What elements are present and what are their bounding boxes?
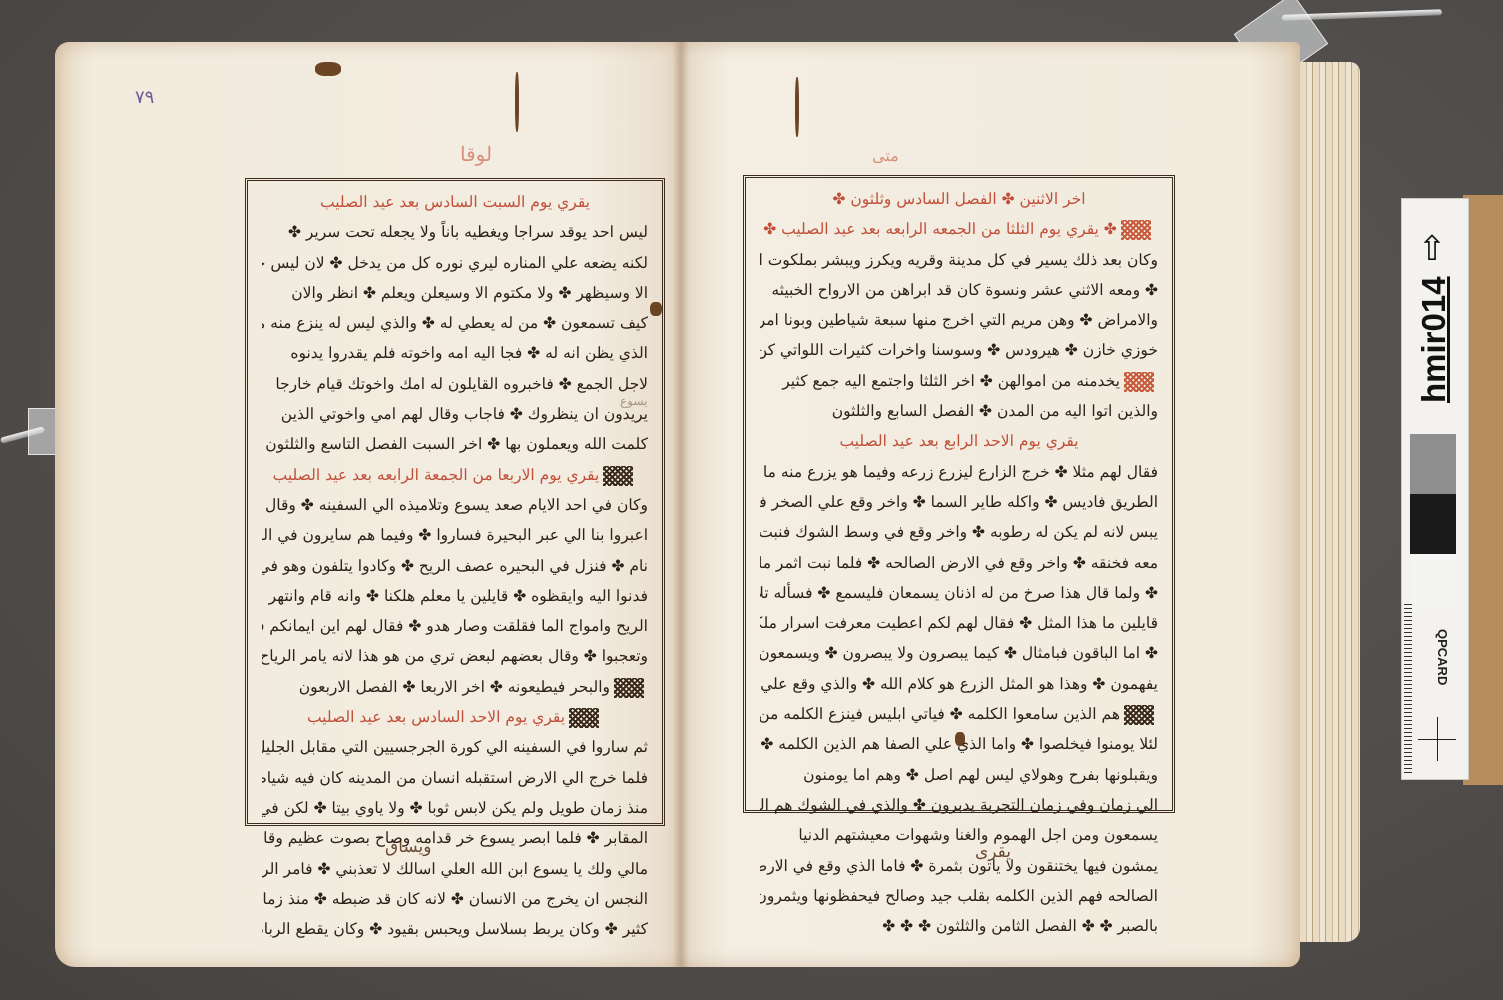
shelfmark-label: hmir014 bbox=[1412, 283, 1456, 403]
text-line: وكان في احد الايام صعد يسوع وتلاميذه الي… bbox=[262, 490, 648, 520]
text-line: النجس ان يخرج من الانسان ✤ لانه كان قد ض… bbox=[262, 884, 648, 914]
gutter-shadow bbox=[673, 42, 689, 967]
ornament-icon bbox=[1124, 372, 1154, 392]
text-line: يقري يوم السبت السادس بعد عيد الصليب bbox=[262, 187, 648, 217]
running-head-left: لوقا bbox=[460, 142, 492, 166]
orientation-arrow-icon: ⇧ bbox=[1410, 229, 1454, 269]
text-line: يفهمون ✤ وهذا هو المثل الزرع هو كلام الل… bbox=[760, 669, 1158, 699]
text-line: والامراض ✤ وهن مريم التي اخرج منها سبعة … bbox=[760, 305, 1158, 335]
text-line: بالصبر ✤ ✤ الفصل الثامن والثلثون ✤ ✤ ✤ bbox=[760, 911, 1158, 941]
text-line: الا وسيظهر ✤ ولا مكتوم الا وسيعلن ويعلم … bbox=[262, 278, 648, 308]
running-head-right: متى bbox=[872, 146, 899, 165]
text-line: لكنه يضعه علي المناره ليري نوره كل من يد… bbox=[262, 248, 648, 278]
text-line: ✤ اما الباقون فبامثال ✤ كيما يبصرون ولا … bbox=[760, 638, 1158, 668]
text-line: كيف تسمعون ✤ من له يعطي له ✤ والذي ليس ل… bbox=[262, 308, 648, 338]
text-line: يسمعون ومن اجل الهموم والغنا وشهوات معيش… bbox=[760, 820, 1158, 850]
text-line: الي زمان وفي زمان التجربة يدبرون ✤ والذي… bbox=[760, 790, 1158, 820]
text-line: والذين اتوا اليه من المدن ✤ الفصل السابع… bbox=[760, 396, 1158, 426]
text-line: والبحر فيطيعونه ✤ اخر الاربعا ✤ الفصل ال… bbox=[262, 672, 648, 702]
left-text-block: يقري يوم السبت السادس بعد عيد الصليبليس … bbox=[245, 178, 665, 826]
text-line: فلما خرج الي الارض استقبله انسان من المد… bbox=[262, 763, 648, 793]
damage-spot bbox=[795, 77, 799, 137]
text-line: الريح وامواج الما فقلقت وصار هدو ✤ فقال … bbox=[262, 611, 648, 641]
text-line: يبس لانه لم يكن له رطوبه ✤ واخر وقع في و… bbox=[760, 517, 1158, 547]
text-line: يقري يوم الاحد السادس بعد عيد الصليب bbox=[262, 702, 648, 732]
gray-swatch bbox=[1410, 434, 1456, 494]
text-line: ✤ يقري يوم الثلثا من الجمعه الرابعه بعد … bbox=[760, 214, 1158, 244]
text-line: الذي يظن انه له ✤ فجا اليه امه واخوته فل… bbox=[262, 338, 648, 368]
text-line: ✤ ومعه الاثني عشر ونسوة كان قد ابراهن من… bbox=[760, 275, 1158, 305]
text-line: معه فخنقه ✤ واخر وقع في الارض الصالحه ✤ … bbox=[760, 548, 1158, 578]
ornament-icon bbox=[603, 466, 633, 486]
text-line: اخر الاثنين ✤ الفصل السادس وثلثون ✤ bbox=[760, 184, 1158, 214]
text-line: المقابر ✤ فلما ابصر يسوع خر قدامه وصاح ب… bbox=[262, 823, 648, 853]
text-line: يمشون فيها يختنقون ولا ياتون بثمرة ✤ فام… bbox=[760, 851, 1158, 881]
text-line: يقري يوم الاربعا من الجمعة الرابعه بعد ع… bbox=[262, 460, 648, 490]
text-line: خوزي خازن ✤ هيرودس ✤ وسوسنا واخرات كثيرا… bbox=[760, 335, 1158, 365]
text-line: هم الذين سامعوا الكلمه ✤ فياتي ابليس فين… bbox=[760, 699, 1158, 729]
text-line: قايلين ما هذا المثل ✤ فقال لهم لكم اعطيت… bbox=[760, 608, 1158, 638]
text-line: ليس احد يوقد سراجا ويغطيه باناً ولا يجعل… bbox=[262, 217, 648, 247]
color-target-card: ⇧ hmir014 QPCARD bbox=[1401, 198, 1469, 780]
folio-number: ٧٩ bbox=[135, 87, 154, 108]
mm-ruler bbox=[1404, 604, 1412, 774]
ornament-icon bbox=[569, 708, 599, 728]
text-line: الطريق فاديس ✤ واكله طاير السما ✤ واخر و… bbox=[760, 487, 1158, 517]
text-line: اعبروا بنا الي عبر البحيرة فساروا ✤ وفيم… bbox=[262, 520, 648, 550]
text-line: منذ زمان طويل ولم يكن لابس ثوبا ✤ ولا يا… bbox=[262, 793, 648, 823]
text-line: نام ✤ فنزل في البحيره عصف الريح ✤ وكادوا… bbox=[262, 551, 648, 581]
damage-spot bbox=[515, 72, 519, 132]
white-swatch bbox=[1410, 554, 1456, 609]
page-edges bbox=[1300, 62, 1360, 942]
crosshair-icon bbox=[1437, 717, 1438, 761]
text-line: مالي ولك يا يسوع ابن الله العلي اسالك لا… bbox=[262, 854, 648, 884]
text-line: يريدون ان ينظروك ✤ فاجاب وقال لهم امي وا… bbox=[262, 399, 648, 429]
qpcard-logo: QPCARD bbox=[1424, 629, 1454, 689]
ornament-icon bbox=[614, 678, 644, 698]
ornament-icon bbox=[1121, 220, 1151, 240]
text-line: وتعجبوا ✤ وقال بعضهم لبعض تري من هو هذا … bbox=[262, 641, 648, 671]
text-line: يخدمنه من اموالهن ✤ اخر الثلثا واجتمع ال… bbox=[760, 366, 1158, 396]
text-line: ثم ساروا في السفينه الي كورة الجرجسيين ا… bbox=[262, 732, 648, 762]
text-line: ✤ ولما قال هذا صرخ من له اذنان يسمعان فل… bbox=[760, 578, 1158, 608]
backing-board bbox=[1463, 195, 1503, 785]
open-book: ٧٩ لوقا ويساق يسوع متى يقرى يقري يوم الس… bbox=[55, 42, 1365, 967]
text-line: لاجل الجمع ✤ فاخبروه القايلون له امك واخ… bbox=[262, 369, 648, 399]
black-swatch bbox=[1410, 494, 1456, 554]
text-line: لئلا يومنوا فيخلصوا ✤ واما الذي علي الصف… bbox=[760, 729, 1158, 759]
text-line: وكان بعد ذلك يسير في كل مدينة وقريه ويكر… bbox=[760, 245, 1158, 275]
damage-spot bbox=[315, 62, 341, 76]
text-line: كثير ✤ وكان يربط بسلاسل ويحبس بقيود ✤ وك… bbox=[262, 914, 648, 944]
text-line: ويقبلونها بفرح وهولاي ليس لهم اصل ✤ وهم … bbox=[760, 760, 1158, 790]
right-text-block: اخر الاثنين ✤ الفصل السادس وثلثون ✤✤ يقر… bbox=[743, 175, 1175, 813]
text-line: الصالحه فهم الذين الكلمه بقلب جيد وصالح … bbox=[760, 881, 1158, 911]
text-line: يقري يوم الاحد الرابع بعد عيد الصليب bbox=[760, 426, 1158, 456]
ornament-icon bbox=[1124, 705, 1154, 725]
text-line: فقال لهم مثلا ✤ خرج الزارع ليزرع زرعه وف… bbox=[760, 457, 1158, 487]
text-line: فدنوا اليه وايقظوه ✤ قايلين يا معلم هلكن… bbox=[262, 581, 648, 611]
text-line: كلمت الله ويعملون بها ✤ اخر السبت الفصل … bbox=[262, 429, 648, 459]
